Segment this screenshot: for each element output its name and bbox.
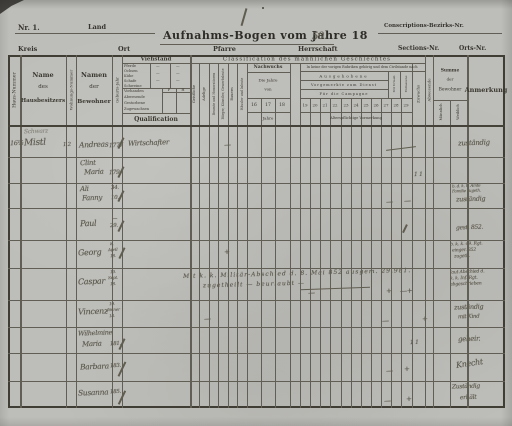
tally-mark: —	[386, 198, 393, 206]
tally-mark: —	[204, 315, 211, 323]
row-line	[8, 268, 505, 269]
residents-column-label: Bewohner	[77, 97, 110, 105]
census-table-frame	[8, 55, 505, 408]
row-line	[8, 208, 505, 209]
owner-name: Mistl	[24, 138, 46, 149]
remarks-column-label: Anmerkung	[465, 86, 508, 94]
grid-line	[388, 71, 389, 98]
grid-line	[261, 98, 262, 408]
owner-column-label: des	[38, 84, 48, 90]
grid-line	[290, 63, 291, 408]
owner-column-label: Name	[32, 71, 53, 79]
apartment-number-column-label: Wohnungs-Nummer	[69, 70, 74, 110]
tally-mark: —	[224, 141, 231, 149]
resident-name: Caspar	[78, 277, 105, 287]
nachwuchs-title: Nachwuchs	[254, 65, 283, 70]
form-title: Aufnahms-Bogen vom Jahre 18	[163, 29, 368, 42]
handwritten-slash-mark	[241, 8, 247, 26]
tally-mark: +	[404, 365, 410, 373]
nachwuchs-subtitle: Die Jahre	[259, 78, 278, 83]
zuwachs-rotated-label: Zuwachs	[416, 85, 421, 103]
grid-line	[237, 63, 238, 408]
age-class-header: 27	[383, 103, 388, 108]
resident-name: Barbara	[80, 361, 109, 371]
grid-line	[122, 55, 123, 408]
birth-date: 10.	[110, 270, 116, 275]
grid-line	[330, 98, 331, 408]
resident-name: Clint	[80, 159, 96, 168]
nachwuchs-year-header: 16	[251, 103, 257, 108]
house-number: 16½	[10, 139, 24, 147]
grid-line	[300, 71, 425, 72]
livestock-subcolumn-header: F	[168, 88, 171, 92]
grid-line	[190, 55, 192, 408]
grid-line	[247, 72, 290, 73]
grid-line	[341, 98, 342, 408]
age-class-header: 20	[312, 103, 317, 108]
female-subcolumn-label: Weiblich	[456, 104, 460, 120]
sum-block-label: der	[447, 77, 454, 82]
tally-mark: —	[386, 367, 393, 375]
grid-line	[275, 98, 276, 408]
resident-name: Maria	[84, 168, 104, 177]
scanned-census-form: Nr. 1. Land Conscriptions-Bezirks-Nr. Au…	[0, 0, 512, 426]
sum-block-label: Bewohner	[439, 87, 462, 92]
row-line	[8, 353, 505, 354]
livestock-row-label: Pferde	[124, 64, 136, 68]
pfarre-label: Pfarre	[213, 45, 236, 53]
resident-name: Susanna	[78, 387, 109, 397]
age-class-header: 24	[353, 103, 358, 108]
land-label: Land	[88, 23, 106, 31]
livestock-mid-label: Vorhanden	[124, 89, 144, 93]
classification-title: Classification des männlichen Geschlecht…	[223, 56, 391, 62]
remark-entry: zuständig	[456, 194, 486, 203]
birth-year-column-label: Geburts-Jahr	[115, 77, 120, 103]
grid-line	[361, 98, 362, 408]
birth-date: Jänner	[107, 308, 120, 313]
birth-date: 18.	[110, 254, 116, 259]
row-line	[8, 157, 505, 158]
band-vorgemerkte-label: Vorgemerkte zum Dienst	[311, 83, 377, 87]
birth-year: —	[112, 216, 117, 222]
grid-line	[76, 55, 77, 408]
livestock-block-title: Viehstand	[141, 56, 172, 62]
grid-line	[247, 112, 290, 113]
livestock-dash: —	[156, 71, 160, 75]
row-line	[8, 183, 505, 184]
grid-line	[391, 98, 392, 408]
abwesende-rotated-label: Abwesende	[427, 78, 432, 101]
livestock-row-label: Schafe	[124, 79, 136, 83]
tally-mark: —+	[400, 287, 413, 295]
resident-name: Wilhelmine	[78, 328, 112, 337]
header-bottom-rule	[8, 125, 505, 127]
livestock-dash: —	[176, 78, 180, 82]
corner-ink-blotch	[0, 0, 24, 14]
band-campagne-label: Für die Campagne	[320, 92, 369, 96]
grid-line	[300, 112, 412, 113]
tally-mark: +	[386, 287, 392, 295]
grid-line	[467, 55, 469, 408]
remark-entry: erhält	[460, 394, 477, 402]
band-foot-label: Alterspflichtige Vormerkung	[330, 116, 382, 120]
livestock-dash: —	[176, 71, 180, 75]
age-class-header: 22	[332, 103, 337, 108]
grid-line	[433, 55, 434, 408]
nachwuchs-foot-label: Jahre	[263, 116, 274, 121]
birth-year: 185.	[110, 389, 121, 395]
tally-mark: —	[382, 317, 389, 325]
owner-column-label: Hausbesitzers	[21, 98, 65, 104]
qualification-entry: Wirtschafter	[128, 138, 169, 147]
birth-date: April	[108, 248, 118, 253]
grid-line	[162, 92, 190, 93]
age-class-header: 25	[363, 103, 368, 108]
row-line	[8, 240, 505, 241]
orts-nr-label: Orts-Nr.	[459, 45, 486, 52]
remark-entry: Zuständig	[452, 383, 480, 391]
livestock-mid-label: Gestorbene	[124, 101, 145, 105]
grid-line	[190, 63, 425, 64]
conscription-district-label: Conscriptions-Bezirks-Nr.	[384, 23, 464, 29]
nachwuchs-subtitle: von	[264, 87, 271, 92]
livestock-row-label: Ochsen	[124, 69, 138, 73]
qualification-label: Qualification	[134, 115, 178, 122]
grid-line	[300, 98, 412, 99]
grid-line	[112, 55, 113, 408]
grid-line	[150, 63, 151, 88]
grid-line	[401, 98, 402, 408]
grid-line	[400, 71, 401, 98]
resident-name: Paul	[80, 219, 97, 229]
resident-name: Georg	[78, 248, 102, 258]
age-class-header: 19	[302, 103, 307, 108]
grid-line	[66, 55, 67, 408]
birth-year: 183.	[110, 363, 121, 369]
band-sub-rotated-label: Mit Urlaub	[392, 76, 395, 93]
grid-line	[412, 63, 413, 408]
kreis-label: Kreis	[18, 45, 37, 53]
remark-entry: einger. 852	[452, 247, 476, 253]
age-class-header: 23	[343, 103, 348, 108]
remark-entry: gest. 852.	[456, 224, 483, 232]
resident-name: Vincenz	[78, 306, 108, 316]
remark-entry: k. k. Inf.-Rgt.	[450, 275, 478, 281]
residents-column-label: Namen	[81, 71, 107, 79]
resident-name: Maria	[82, 340, 102, 349]
resident-name: Andreas	[79, 139, 109, 149]
birth-date: 18.	[110, 282, 116, 287]
remark-entry: geheir.	[458, 335, 480, 344]
birth-date: Sept.	[108, 276, 118, 281]
classification-rotated-label: Bauern	[230, 87, 234, 100]
header-rule	[15, 33, 155, 34]
grid-line	[209, 63, 210, 408]
grid-line	[218, 63, 219, 408]
sum-entry: 1 1	[410, 339, 419, 346]
band-ausgehobene-label: Ausgehobene	[319, 73, 368, 78]
tally-mark: —	[384, 397, 391, 405]
classification-rotated-label: Beamte und Honoratioren	[212, 73, 216, 115]
classification-rotated-label: Adelige	[202, 87, 206, 101]
ink-speck	[262, 7, 264, 9]
remark-entry: zuständig	[454, 302, 484, 311]
classification-rotated-label: Bürger, Künstler, Gewerbsleute	[221, 68, 225, 119]
remark-entry: zuständig	[458, 138, 490, 147]
grid-line	[247, 63, 248, 408]
tally-mark: +	[224, 248, 230, 256]
grid-line	[228, 63, 229, 408]
tally-mark: +	[422, 315, 428, 323]
grid-line	[300, 80, 388, 81]
sections-nr-label: Sections-Nr.	[398, 45, 439, 52]
band-sub-rotated-label: Entlassene	[404, 76, 407, 93]
nachwuchs-year-header: 17	[265, 103, 271, 108]
grid-line	[381, 98, 382, 408]
faint-handwriting: Schwarz	[24, 128, 48, 136]
grid-line	[199, 63, 200, 408]
age-class-header: 21	[322, 103, 327, 108]
birth-date: 18.	[109, 314, 115, 319]
grid-line	[450, 100, 451, 408]
grid-line	[20, 55, 22, 408]
resident-name: Ali	[80, 185, 89, 193]
male-subcolumn-label: Männlich	[439, 103, 443, 120]
tally-mark: —	[404, 197, 411, 205]
nachwuchs-year-header: 18	[279, 103, 285, 108]
livestock-row-label: Kühe	[124, 74, 133, 78]
remark-entry: zugeth.	[454, 253, 470, 259]
herrschaft-label: Herrschaft	[298, 45, 337, 53]
apartment-number: 1 2	[63, 142, 71, 148]
grid-line	[351, 98, 352, 408]
grid-line	[310, 98, 311, 408]
grid-line	[247, 98, 290, 99]
header-rule	[378, 33, 502, 34]
classification-rotated-label: Geistliche	[192, 85, 196, 103]
age-class-header: 29	[403, 103, 408, 108]
row-line	[8, 327, 505, 328]
band-condition-line: In keine der vorigen Rubriken gehörig un…	[307, 65, 418, 69]
age-class-header: 26	[373, 103, 378, 108]
tally-mark: —	[308, 289, 315, 297]
sum-entry: 1 1	[414, 171, 423, 178]
grid-line	[170, 63, 171, 88]
livestock-row-label: Schweine	[124, 84, 142, 88]
birth-year: 29.	[110, 223, 118, 229]
row-line	[8, 381, 505, 382]
livestock-dash: —	[156, 78, 160, 82]
livestock-mid-label: Zugewachsen	[124, 107, 149, 111]
form-number-label: Nr. 1.	[18, 23, 40, 32]
classification-rotated-label: Häusler und Inleute	[240, 78, 244, 111]
birth-date: 8.	[110, 242, 114, 247]
birth-date: 19.	[109, 302, 115, 307]
grid-line	[300, 63, 301, 408]
grid-line	[371, 98, 372, 408]
sum-block-label: Summe	[441, 67, 459, 73]
resident-name: Fanny	[82, 194, 102, 203]
ort-label: Ort	[118, 45, 130, 53]
handwritten-year: 50.	[312, 31, 327, 43]
livestock-dash: —	[156, 64, 160, 68]
livestock-dash: —	[176, 64, 180, 68]
grid-line	[122, 113, 190, 114]
residents-column-label: der	[89, 84, 98, 90]
grid-line	[320, 98, 321, 408]
house-number-column-label: Haus-Nummer	[11, 72, 16, 108]
grid-line	[433, 100, 467, 101]
birth-year: 34.	[111, 185, 119, 191]
grid-line	[300, 89, 388, 90]
grid-line	[425, 55, 426, 408]
remark-entry: mit Kind	[458, 314, 480, 321]
livestock-subcolumn-header: H	[181, 88, 184, 92]
row-line	[8, 300, 505, 301]
livestock-mid-label: Abwesende	[124, 95, 145, 99]
age-class-header: 28	[393, 103, 398, 108]
tally-mark: +	[406, 395, 412, 403]
